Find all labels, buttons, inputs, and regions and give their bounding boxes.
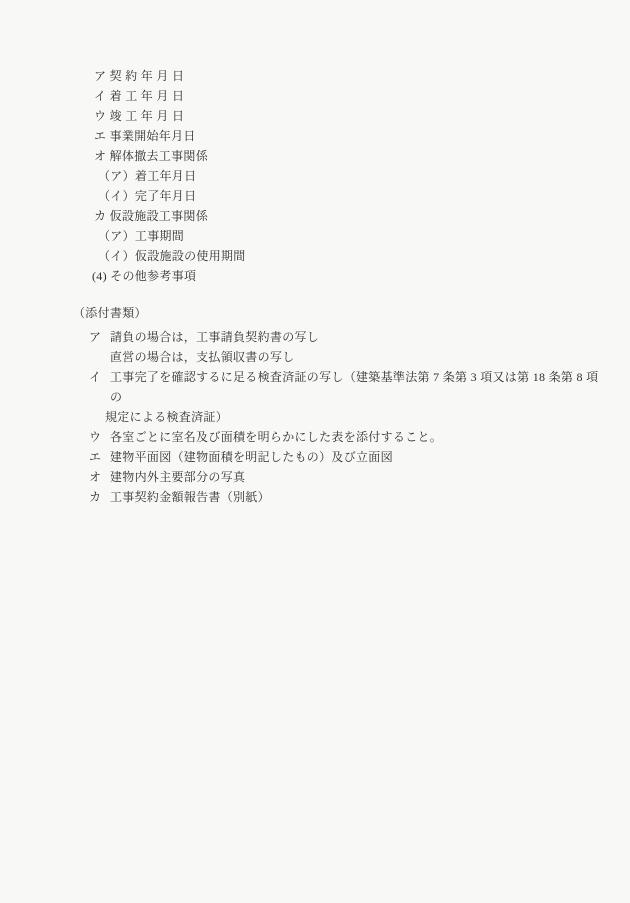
- schedule-item-other-notes: (4) その他参考事項: [0, 266, 630, 286]
- schedule-list: ア 契 約 年 月 日 イ 着 工 年 月 日 ウ 竣 工 年 月 日 エ 事業…: [0, 66, 630, 286]
- attachment-line: 規定による検査済証）: [105, 407, 606, 427]
- attachment-line: 工事完了を確認するに足る検査済証の写し（建築基準法第 7 条第 3 項又は第 1…: [110, 367, 606, 407]
- schedule-subitem-demolition-start: （ア）着工年月日: [0, 166, 630, 186]
- attachment-marker: ア: [89, 327, 101, 347]
- attachment-line: 直営の場合は，支払領収書の写し: [110, 347, 606, 367]
- attachment-item-floor-plan: エ 建物平面図（建物面積を明記したもの）及び立面図: [0, 447, 630, 467]
- schedule-subitem-usage-period: （イ）仮設施設の使用期間: [0, 246, 630, 266]
- attachment-item-inspection-cert: イ 工事完了を確認するに足る検査済証の写し（建築基準法第 7 条第 3 項又は第…: [0, 367, 630, 427]
- schedule-item-temporary-works: カ 仮設施設工事関係: [0, 206, 630, 226]
- attachment-line: 建物内外主要部分の写真: [110, 467, 606, 487]
- schedule-item-completion-date: ウ 竣 工 年 月 日: [0, 106, 630, 126]
- attachments-heading: （添付書類）: [0, 303, 630, 323]
- attachment-line: 建物平面図（建物面積を明記したもの）及び立面図: [110, 447, 606, 467]
- attachment-line: 請負の場合は，工事請負契約書の写し: [110, 327, 606, 347]
- attachment-line: 工事契約金額報告書（別紙）: [110, 487, 606, 507]
- schedule-item-business-start: エ 事業開始年月日: [0, 126, 630, 146]
- document-page: ア 契 約 年 月 日 イ 着 工 年 月 日 ウ 竣 工 年 月 日 エ 事業…: [0, 0, 630, 903]
- schedule-subitem-work-period: （ア）工事期間: [0, 226, 630, 246]
- attachment-marker: ウ: [89, 427, 101, 447]
- attachment-marker: オ: [89, 467, 101, 487]
- attachment-marker: カ: [89, 487, 101, 507]
- attachments-list: ア 請負の場合は，工事請負契約書の写し 直営の場合は，支払領収書の写し イ 工事…: [0, 327, 630, 507]
- attachment-marker: イ: [89, 367, 101, 387]
- schedule-item-contract-date: ア 契 約 年 月 日: [0, 66, 630, 86]
- schedule-item-demolition-works: オ 解体撤去工事関係: [0, 146, 630, 166]
- attachment-item-contract-copy: ア 請負の場合は，工事請負契約書の写し 直営の場合は，支払領収書の写し: [0, 327, 630, 367]
- attachment-item-amount-report: カ 工事契約金額報告書（別紙）: [0, 487, 630, 507]
- attachment-line: 各室ごとに室名及び面積を明らかにした表を添付すること。: [110, 427, 606, 447]
- attachment-item-room-table: ウ 各室ごとに室名及び面積を明らかにした表を添付すること。: [0, 427, 630, 447]
- schedule-item-start-date: イ 着 工 年 月 日: [0, 86, 630, 106]
- schedule-subitem-demolition-end: （イ）完了年月日: [0, 186, 630, 206]
- attachment-item-photos: オ 建物内外主要部分の写真: [0, 467, 630, 487]
- attachment-marker: エ: [89, 447, 101, 467]
